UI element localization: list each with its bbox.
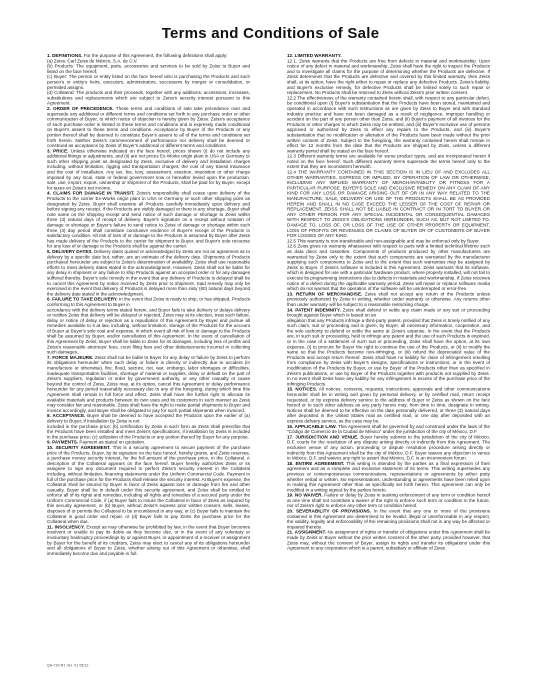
terms-paragraph: 5. DELIVERY DATES. Delivery dates quoted… <box>47 249 250 297</box>
terms-paragraph: 1. DEFINITIONS. For the purpose of this … <box>47 53 250 106</box>
section-heading: 7. FORCE MAJEURE. <box>47 355 93 360</box>
document-sheet: Terms and Conditions of Sale 1. DEFINITI… <box>0 0 541 700</box>
terms-paragraph: 16. APPLICABLE LAW. This Agreement shall… <box>287 424 490 435</box>
section-heading: 3. PRICE. <box>47 148 68 153</box>
section-heading: 12. LIMITED WARRANTY. <box>287 53 342 58</box>
section-heading: 6. FAILURE TO TAKE DELIVERY. <box>47 297 118 302</box>
left-column: 1. DEFINITIONS. For the purpose of this … <box>47 53 250 556</box>
section-heading: 17. JURISDICTION AND VENUE. <box>287 434 358 439</box>
terms-paragraph: 15. NOTICES. All notices, consents, requ… <box>287 387 490 424</box>
section-heading: 4. CLAIMS FOR DAMAGE IN TRANSIT. <box>47 191 134 196</box>
terms-paragraph: 8. ACCEPTANCE. Buyer shall be deemed to … <box>47 413 250 439</box>
terms-paragraph: 19. NO WAIVER. Failure or delay by Zeiss… <box>287 493 490 509</box>
section-heading: 14. PATENT INDEMNITY. <box>287 307 341 312</box>
section-heading: 13. RETURN OF MERCHANDISE. <box>287 291 362 296</box>
terms-paragraph: 7. FORCE MAJEURE. Zeiss shall not be lia… <box>47 355 250 413</box>
terms-paragraph: 3. PRICE. Unless otherwise indicated on … <box>47 148 250 190</box>
terms-paragraph: 14. PATENT INDEMNITY. Zeiss shall defend… <box>287 307 490 386</box>
terms-paragraph: 18. ENTIRE AGREEMENT. This writing is in… <box>287 461 490 493</box>
page-title: Terms and Conditions of Sale <box>0 0 541 42</box>
section-heading: 10. SECURITY AGREEMENT. <box>47 445 111 450</box>
section-heading: 2. ORDER OF PRECEDENCE. <box>47 106 114 111</box>
section-heading: 20. SEVERABILITY OF PROVISIONS. <box>287 509 371 514</box>
terms-paragraph: 10. SECURITY AGREEMENT. This is a securi… <box>47 445 250 524</box>
terms-paragraph: 4. CLAIMS FOR DAMAGE IN TRANSIT. Zeiss's… <box>47 191 250 249</box>
section-heading: 16. APPLICABLE LAW. <box>287 424 337 429</box>
section-heading: 1. DEFINITIONS. <box>47 53 82 58</box>
terms-document-page: Terms and Conditions of Sale 1. DEFINITI… <box>0 0 541 700</box>
section-heading: 11. INSOLVENCY. <box>47 524 85 529</box>
section-heading: 21. ASSIGNMENT. <box>287 530 326 535</box>
terms-paragraph: 6. FAILURE TO TAKE DELIVERY. In the even… <box>47 297 250 355</box>
terms-paragraph: 17. JURISDICTION AND VENUE. Buyer hereby… <box>287 434 490 460</box>
right-column: 12. LIMITED WARRANTY. 12.1. Zeiss warran… <box>287 53 490 556</box>
terms-paragraph: 12. LIMITED WARRANTY. 12.1. Zeiss warran… <box>287 53 490 291</box>
section-heading: 15. NOTICES. <box>287 387 317 392</box>
terms-paragraph: 21. ASSIGNMENT. No assignment of rights … <box>287 530 490 551</box>
terms-paragraph: 2. ORDER OF PRECEDENCE. These terms and … <box>47 106 250 148</box>
section-heading: 9. PAYMENTS. <box>47 440 78 445</box>
terms-paragraph: 11. INSOLVENCY. Except as may otherwise … <box>47 524 250 556</box>
document-code-footer: QA-722-R1 Ver. 01 05/12 <box>47 664 89 668</box>
section-heading: 19. NO WAIVER. <box>287 493 323 498</box>
section-heading: 8. ACCEPTANCE. <box>47 413 85 418</box>
terms-paragraph: 20. SEVERABILITY OF PROVISIONS. In the e… <box>287 509 490 530</box>
section-heading: 5. DELIVERY DATES. <box>47 249 93 254</box>
terms-paragraph: 13. RETURN OF MERCHANDISE. Zeiss shall n… <box>287 291 490 307</box>
section-heading: 18. ENTIRE AGREEMENT. <box>287 461 344 466</box>
two-column-body: 1. DEFINITIONS. For the purpose of this … <box>47 53 490 556</box>
